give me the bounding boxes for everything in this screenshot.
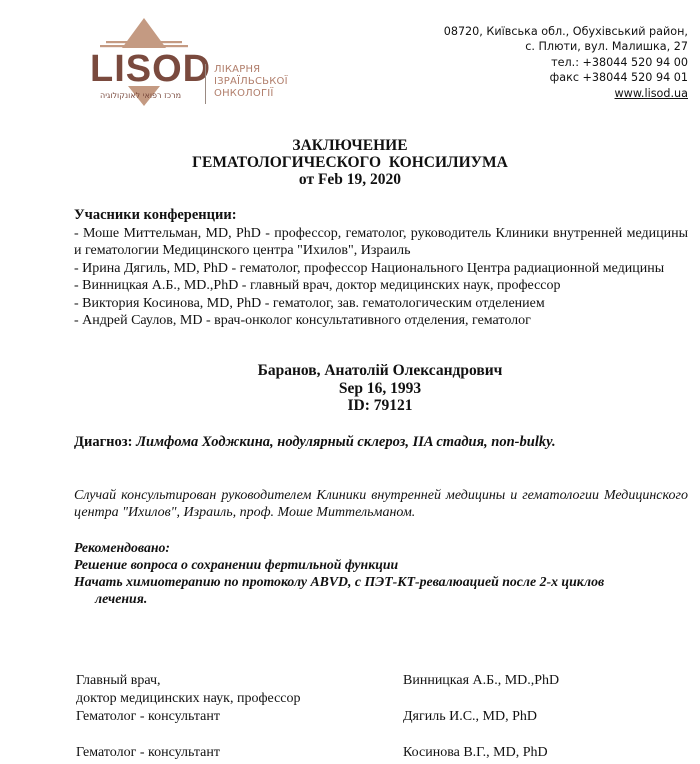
diagnosis-label: Диагноз: [74, 434, 132, 450]
patient-dob: Sep 16, 1993 [0, 380, 700, 398]
recommendations-heading: Рекомендовано: [74, 539, 688, 556]
signature-row: Гематолог - консультант Косинова В.Г., M… [76, 744, 696, 762]
title-line-2: ГЕМАТОЛОГИЧЕСКОГО КОНСИЛИУМА [0, 154, 700, 171]
address-line-2: с. Плюти, вул. Малишка, 27 [444, 39, 688, 54]
patient-name: Баранов, Анатолій Олександрович [0, 362, 700, 380]
website-link[interactable]: www.lisod.ua [615, 87, 688, 100]
logo-tagline-line: ІЗРАЇЛЬСЬКОЇ [214, 76, 288, 88]
diagnosis: Диагноз: Лимфома Ходжкина, нодулярный ск… [74, 434, 556, 451]
signature-role-line: Главный врач, [76, 672, 396, 690]
title-line-1: ЗАКЛЮЧЕНИЕ [0, 137, 700, 154]
signature-role-line: доктор медицинских наук, профессор [76, 690, 396, 708]
participants-section: Учасники конференции: - Моше Миттельман,… [74, 207, 688, 330]
recommendation-item: Решение вопроса о сохранении фертильной … [74, 556, 688, 573]
fax: факс +38044 520 94 01 [444, 70, 688, 85]
logo-tagline-line: ЛІКАРНЯ [214, 64, 288, 76]
recommendations-section: Рекомендовано: Решение вопроса о сохране… [74, 539, 688, 607]
signature-name: Дягиль И.С., MD, PhD [403, 708, 537, 726]
signature-row: Главный врач, доктор медицинских наук, п… [76, 672, 696, 708]
signature-row: Гематолог - консультант Дягиль И.С., MD,… [76, 708, 696, 726]
signature-role: Гематолог - консультант [76, 708, 396, 726]
participant-item: - Андрей Саулов, MD - врач-онколог консу… [74, 312, 688, 330]
phone: тел.: +38044 520 94 00 [444, 55, 688, 70]
participant-item: - Ирина Дягиль, MD, PhD - гематолог, про… [74, 260, 688, 278]
recommendation-item: Начать химиотерапию по протоколу ABVD, с… [74, 573, 688, 590]
patient-block: Баранов, Анатолій Олександрович Sep 16, … [0, 362, 700, 415]
logo-tagline: ЛІКАРНЯ ІЗРАЇЛЬСЬКОЇ ОНКОЛОГІЇ [214, 64, 288, 100]
recommendation-continuation: лечения. [74, 590, 688, 607]
patient-id: ID: 79121 [0, 397, 700, 415]
diagnosis-value: Лимфома Ходжкина, нодулярный склероз, II… [136, 434, 556, 450]
logo-hebrew-subtitle: מרכז רפואי לאונקולוגיה [100, 91, 181, 100]
participant-item: - Винницкая А.Б., MD.,PhD - главный врач… [74, 277, 688, 295]
logo-tagline-line: ОНКОЛОГІЇ [214, 88, 288, 100]
signature-name: Косинова В.Г., MD, PhD [403, 744, 548, 762]
address-line-1: 08720, Київська обл., Обухівський район, [444, 24, 688, 39]
clinic-logo: LISOD מרכז רפואי לאונקולוגיה ЛІКАРНЯ ІЗР… [86, 14, 326, 104]
document-title: ЗАКЛЮЧЕНИЕ ГЕМАТОЛОГИЧЕСКОГО КОНСИЛИУМА … [0, 137, 700, 188]
logo-wordmark: LISOD [90, 50, 211, 88]
participant-item: - Виктория Косинова, MD, PhD - гематолог… [74, 295, 688, 313]
logo-divider [205, 64, 206, 104]
case-note: Случай консультирован руководителем Клин… [74, 487, 688, 521]
participant-item: - Моше Миттельман, MD, PhD - профессор, … [74, 225, 688, 260]
signature-name: Винницкая А.Б., MD.,PhD [403, 672, 559, 690]
contact-block: 08720, Київська обл., Обухівський район,… [444, 24, 688, 101]
signatures-section: Главный врач, доктор медицинских наук, п… [76, 672, 696, 762]
signature-role: Главный врач, доктор медицинских наук, п… [76, 672, 396, 708]
participants-heading: Учасники конференции: [74, 207, 688, 225]
title-date: от Feb 19, 2020 [0, 171, 700, 188]
signature-role: Гематолог - консультант [76, 744, 396, 762]
